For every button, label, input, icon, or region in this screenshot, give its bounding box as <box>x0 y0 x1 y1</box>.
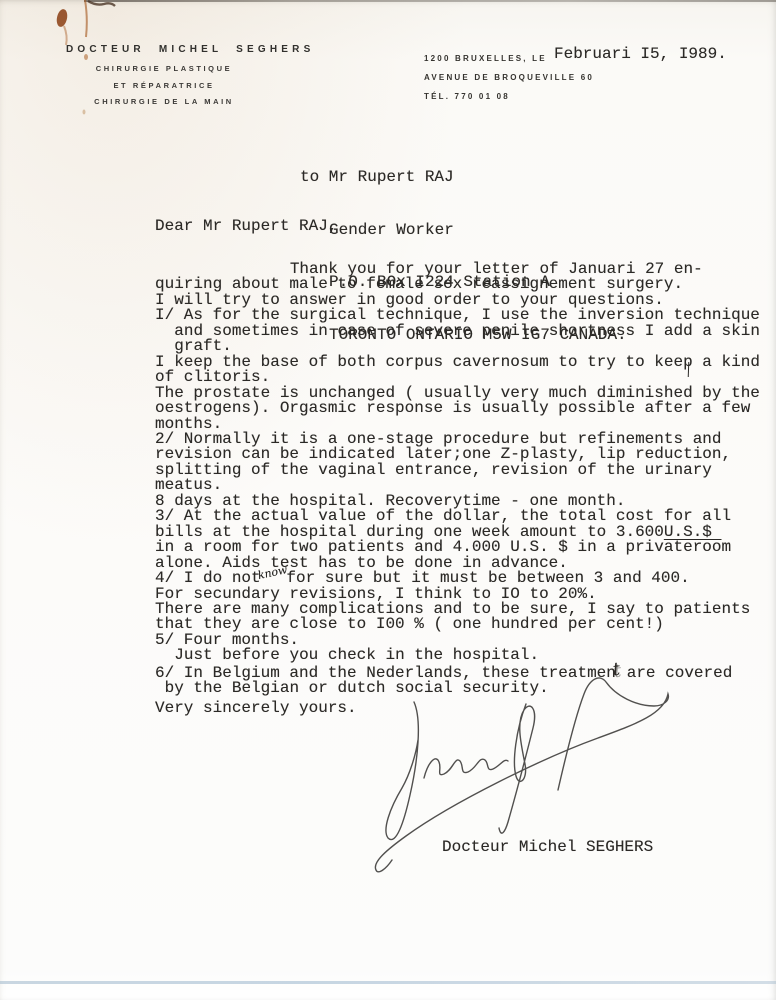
text-run: splitting of the vaginal entrance, revis… <box>155 461 712 479</box>
recipient-line: Gender Worker <box>300 220 627 242</box>
letterhead-specialty-line: ET RÉPARATRICE <box>58 81 270 90</box>
body-line: and sometimes in case of severe penile s… <box>155 324 760 339</box>
letter-date: Februari I5, I989. <box>554 47 727 62</box>
handwritten-correction: p <box>683 355 693 370</box>
letterhead-specialties: CHIRURGIE PLASTIQUE ET RÉPARATRICE CHIRU… <box>58 64 270 114</box>
signer-name: Docteur Michel SEGHERS <box>442 840 653 855</box>
letterhead-city-line: 1200 BRUXELLES, LE <box>424 54 547 63</box>
scan-artifact-bottom-edge <box>0 981 776 984</box>
handwritten-correction: know <box>257 565 288 581</box>
letterhead-doctor-name: DOCTEUR MICHEL SEGHERS <box>66 44 314 55</box>
recipient-line: to Mr Rupert RAJ <box>300 167 627 189</box>
letter-body: Thank you for your letter of Januari 27 … <box>155 262 760 697</box>
closing-line: Very sincerely yours. <box>155 701 357 716</box>
text-run: Just before you check in the hospital. <box>174 646 539 664</box>
salutation: Dear Mr Rupert RAJ, <box>155 219 337 234</box>
body-line: Just before you check in the hospital. <box>155 648 760 663</box>
text-run: a kind <box>693 353 760 371</box>
letterhead-specialty-line: CHIRURGIE DE LA MAIN <box>58 97 270 106</box>
scanned-letter-page: DOCTEUR MICHEL SEGHERS CHIRURGIE PLASTIQ… <box>0 0 776 1000</box>
text-run: oestrogens). Orgasmic response is usuall… <box>155 399 750 417</box>
letterhead-phone: TÉL. 770 01 08 <box>424 92 510 101</box>
letterhead-specialty-line: CHIRURGIE PLASTIQUE <box>58 64 270 73</box>
body-line: splitting of the vaginal entrance, revis… <box>155 463 760 478</box>
body-line: oestrogens). Orgasmic response is usuall… <box>155 401 760 416</box>
letterhead-street-address: AVENUE DE BROQUEVILLE 60 <box>424 73 594 82</box>
scan-artifact-top-edge <box>84 0 776 2</box>
text-run: and sometimes in case of severe penile s… <box>174 322 760 340</box>
